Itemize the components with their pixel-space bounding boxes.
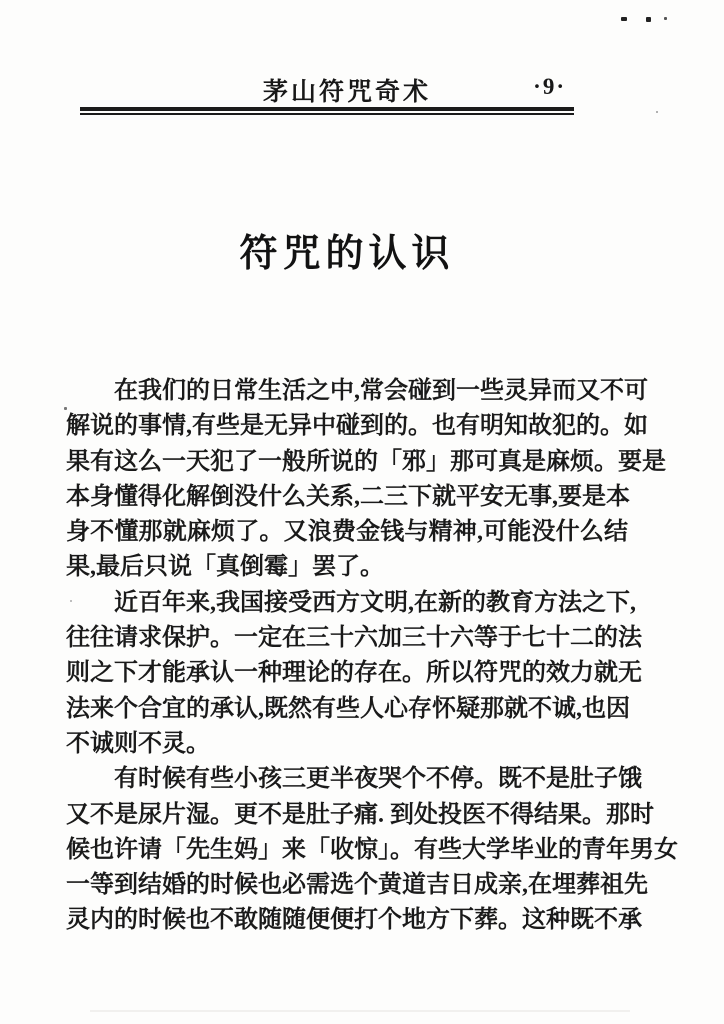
running-header: 茅山符咒奇术 ·9· bbox=[66, 72, 628, 106]
body-text: 在我们的日常生活之中,常会碰到一些灵异而又不可 解说的事情,有些是无异中碰到的。… bbox=[66, 374, 628, 939]
text-line: 灵内的时候也不敢随随便便打个地方下葬。这种既不承 bbox=[66, 903, 628, 938]
text-line: 法来个合宜的承认,既然有些人心存怀疑那就不诚,也因 bbox=[66, 692, 628, 727]
scanned-book-page: 茅山符咒奇术 ·9· 符咒的认识 在我们的日常生活之中,常会碰到一些灵异而又不可… bbox=[0, 0, 724, 1024]
text-line: 则之下才能承认一种理论的存在。所以符咒的效力就无 bbox=[66, 656, 628, 691]
chapter-title: 符咒的认识 bbox=[66, 222, 628, 277]
text-line: 身不懂那就麻烦了。又浪费金钱与精神,可能没什么结 bbox=[66, 515, 628, 550]
text-line: 候也许请「先生妈」来「收惊」。有些大学毕业的青年男女 bbox=[66, 833, 628, 868]
text-line: 往往请求保护。一定在三十六加三十六等于七十二的法 bbox=[66, 621, 628, 656]
text-line: 果有这么一天犯了一般所说的「邪」那可真是麻烦。要是 bbox=[66, 445, 628, 480]
text-line: 解说的事情,有些是无异中碰到的。也有明知故犯的。如 bbox=[66, 409, 628, 444]
text-line: 不诚则不灵。 bbox=[66, 727, 628, 762]
text-line: 近百年来,我国接受西方文明,在新的教育方法之下, bbox=[66, 586, 628, 621]
text-line: 本身懂得化解倒没什么关系,二三下就平安无事,要是本 bbox=[66, 480, 628, 515]
page-number: ·9· bbox=[533, 74, 566, 100]
text-line: 有时候有些小孩三更半夜哭个不停。既不是肚子饿 bbox=[66, 762, 628, 797]
text-line: 又不是尿片湿。更不是肚子痛. 到处投医不得结果。那时 bbox=[66, 798, 628, 833]
scan-speck bbox=[656, 111, 658, 113]
text-line: 一等到结婚的时候也必需选个黄道吉日成亲,在埋葬祖先 bbox=[66, 868, 628, 903]
scan-speck bbox=[621, 17, 627, 21]
scan-speck bbox=[646, 17, 651, 22]
bottom-scan-line bbox=[90, 1010, 630, 1012]
header-rule-divider bbox=[80, 107, 574, 115]
text-line: 在我们的日常生活之中,常会碰到一些灵异而又不可 bbox=[66, 374, 628, 409]
scan-speck bbox=[664, 17, 667, 20]
text-line: 果,最后只说「真倒霉」罢了。 bbox=[66, 550, 628, 585]
